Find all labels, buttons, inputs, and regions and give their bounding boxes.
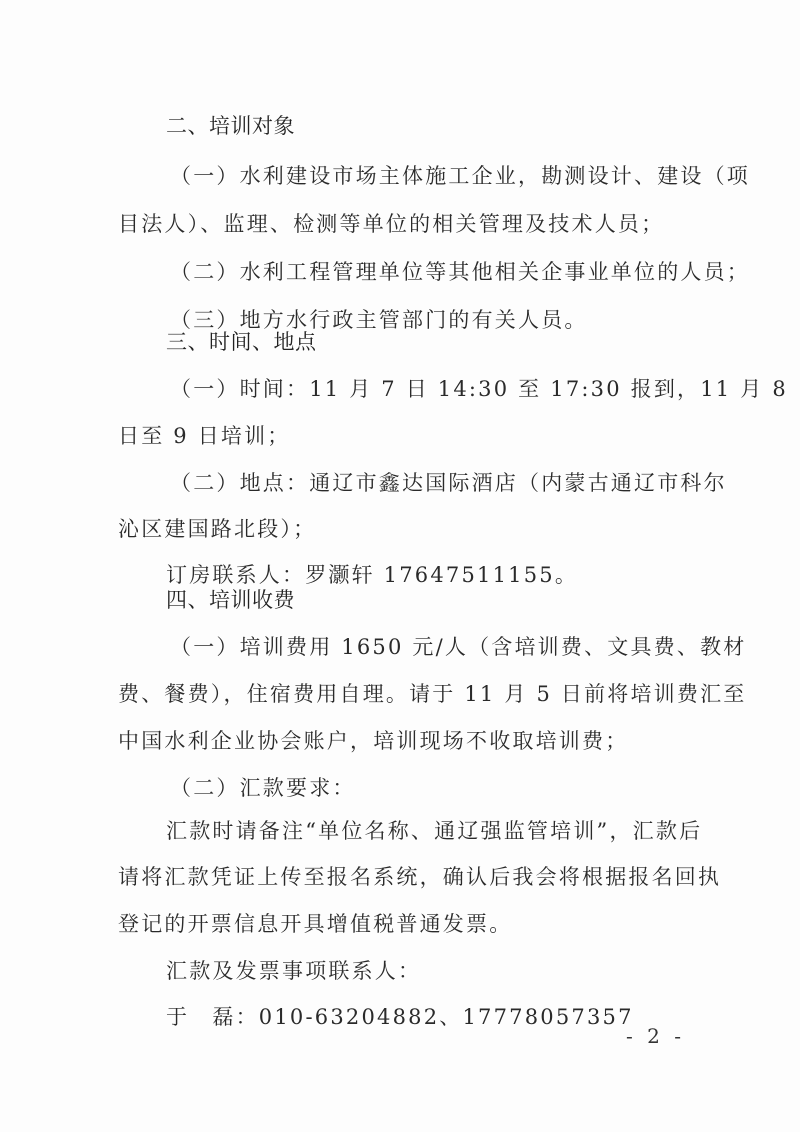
section-heading-training-target: 二、培训对象 bbox=[166, 113, 295, 139]
paragraph-line: （一）水利建设市场主体施工企业，勘测设计、建设（项 bbox=[170, 163, 750, 189]
paragraph-line: 中国水利企业协会账户，培训现场不收取培训费； bbox=[118, 728, 628, 754]
paragraph-line: 请将汇款凭证上传至报名系统，确认后我会将根据报名回执 bbox=[118, 864, 721, 890]
paragraph-line: 汇款时请备注“单位名称、通辽强监管培训”，汇款后 bbox=[166, 818, 702, 844]
paragraph-line: （二）汇款要求： bbox=[170, 775, 356, 801]
paragraph-line: 费、餐费），住宿费用自理。请于 11 月 5 日前将培训费汇至 bbox=[118, 681, 746, 707]
paragraph-line: 日至 9 日培训； bbox=[118, 423, 291, 449]
paragraph-line: （一）培训费用 1650 元/人（含培训费、文具费、教材 bbox=[170, 634, 746, 660]
paragraph-line: 汇款及发票事项联系人： bbox=[166, 958, 421, 984]
paragraph-line: 沁区建国路北段）； bbox=[118, 516, 316, 542]
page-number: - 2 - bbox=[626, 1024, 685, 1048]
document-page: 二、培训对象 （一）水利建设市场主体施工企业，勘测设计、建设（项 目法人）、监理… bbox=[0, 0, 800, 1132]
invoice-contact-line: 于 磊：010-63204882、17778057357 bbox=[166, 1004, 634, 1030]
section-heading-time-place: 三、时间、地点 bbox=[166, 329, 317, 355]
section-heading-fees: 四、培训收费 bbox=[166, 587, 295, 613]
paragraph-line: 目法人）、监理、检测等单位的相关管理及技术人员； bbox=[118, 211, 664, 237]
paragraph-line: （二）水利工程管理单位等其他相关企事业单位的人员； bbox=[170, 259, 750, 285]
paragraph-line: 登记的开票信息开具增值税普通发票。 bbox=[118, 911, 512, 937]
paragraph-line: （一）时间：11 月 7 日 14:30 至 17:30 报到，11 月 8 bbox=[170, 376, 788, 402]
booking-contact-line: 订房联系人：罗灏轩 17647511155。 bbox=[166, 562, 578, 588]
paragraph-line: （二）地点：通辽市鑫达国际酒店（内蒙古通辽市科尔 bbox=[170, 470, 727, 496]
